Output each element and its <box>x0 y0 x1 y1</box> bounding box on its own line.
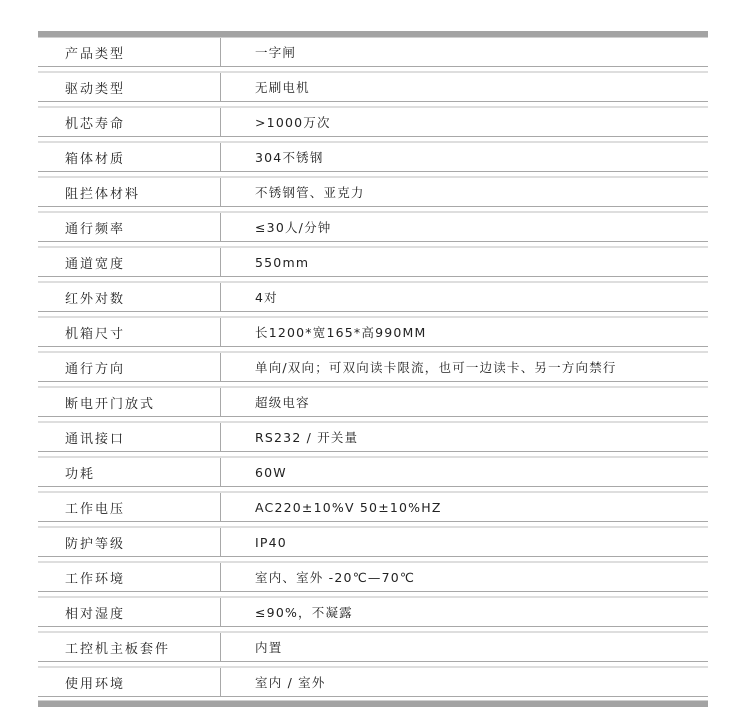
row-value: ≤90%，不凝露 <box>221 603 353 621</box>
table-row: 通道宽度550mm <box>38 248 708 277</box>
row-value: 超级电容 <box>221 393 310 411</box>
row-value: 无刷电机 <box>221 78 310 96</box>
table-row: 机箱尺寸长1200*宽165*高990MM <box>38 318 708 347</box>
row-value: 长1200*宽165*高990MM <box>221 323 427 341</box>
row-label: 相对湿度 <box>38 598 221 626</box>
row-label: 通行频率 <box>38 213 221 241</box>
row-value: 一字闸 <box>221 43 296 61</box>
row-value: 4对 <box>221 288 278 306</box>
row-label: 工控机主板套件 <box>38 633 221 661</box>
table-row: 防护等级IP40 <box>38 528 708 557</box>
row-value: 550mm <box>221 255 309 270</box>
row-value: 304不锈钢 <box>221 148 324 166</box>
row-label: 通行方向 <box>38 353 221 381</box>
table-row: 功耗60W <box>38 458 708 487</box>
row-label: 断电开门放式 <box>38 388 221 416</box>
row-label: 使用环境 <box>38 668 221 696</box>
table-top-bar <box>38 31 708 38</box>
table-row: 箱体材质304不锈钢 <box>38 143 708 172</box>
spec-table: 产品类型一字闸 驱动类型无刷电机 机芯寿命>1000万次 箱体材质304不锈钢 … <box>38 31 708 707</box>
row-value: 单向/双向；可双向读卡限流，也可一边读卡、另一方向禁行 <box>221 358 617 376</box>
row-label: 通道宽度 <box>38 248 221 276</box>
table-row: 阻拦体材料不锈钢管、亚克力 <box>38 178 708 207</box>
row-value: RS232 / 开关量 <box>221 428 358 446</box>
row-label: 机箱尺寸 <box>38 318 221 346</box>
row-label: 机芯寿命 <box>38 108 221 136</box>
row-label: 功耗 <box>38 458 221 486</box>
table-row: 相对湿度≤90%，不凝露 <box>38 598 708 627</box>
row-value: 不锈钢管、亚克力 <box>221 183 365 201</box>
table-row: 工控机主板套件内置 <box>38 633 708 662</box>
table-row: 工作环境室内、室外 -20℃—70℃ <box>38 563 708 592</box>
row-value: 60W <box>221 465 287 480</box>
table-row: 使用环境室内 / 室外 <box>38 668 708 697</box>
table-row: 通讯接口RS232 / 开关量 <box>38 423 708 452</box>
row-value: IP40 <box>221 535 287 550</box>
table-row: 工作电压AC220±10%V 50±10%HZ <box>38 493 708 522</box>
row-label: 箱体材质 <box>38 143 221 171</box>
row-value: >1000万次 <box>221 113 331 131</box>
row-value: 室内、室外 -20℃—70℃ <box>221 568 415 586</box>
table-row: 产品类型一字闸 <box>38 38 708 67</box>
table-row: 红外对数4对 <box>38 283 708 312</box>
table-row: 断电开门放式超级电容 <box>38 388 708 417</box>
table-row: 通行方向单向/双向；可双向读卡限流，也可一边读卡、另一方向禁行 <box>38 353 708 382</box>
row-value: 内置 <box>221 638 282 656</box>
row-value: AC220±10%V 50±10%HZ <box>221 500 442 515</box>
row-value: ≤30人/分钟 <box>221 218 332 236</box>
row-value: 室内 / 室外 <box>221 673 326 691</box>
row-label: 红外对数 <box>38 283 221 311</box>
row-label: 产品类型 <box>38 38 221 66</box>
row-label: 阻拦体材料 <box>38 178 221 206</box>
table-row: 驱动类型无刷电机 <box>38 73 708 102</box>
table-row: 通行频率≤30人/分钟 <box>38 213 708 242</box>
row-label: 通讯接口 <box>38 423 221 451</box>
row-label: 驱动类型 <box>38 73 221 101</box>
row-label: 防护等级 <box>38 528 221 556</box>
row-label: 工作环境 <box>38 563 221 591</box>
row-label: 工作电压 <box>38 493 221 521</box>
table-row: 机芯寿命>1000万次 <box>38 108 708 137</box>
table-bottom-bar <box>38 700 708 707</box>
